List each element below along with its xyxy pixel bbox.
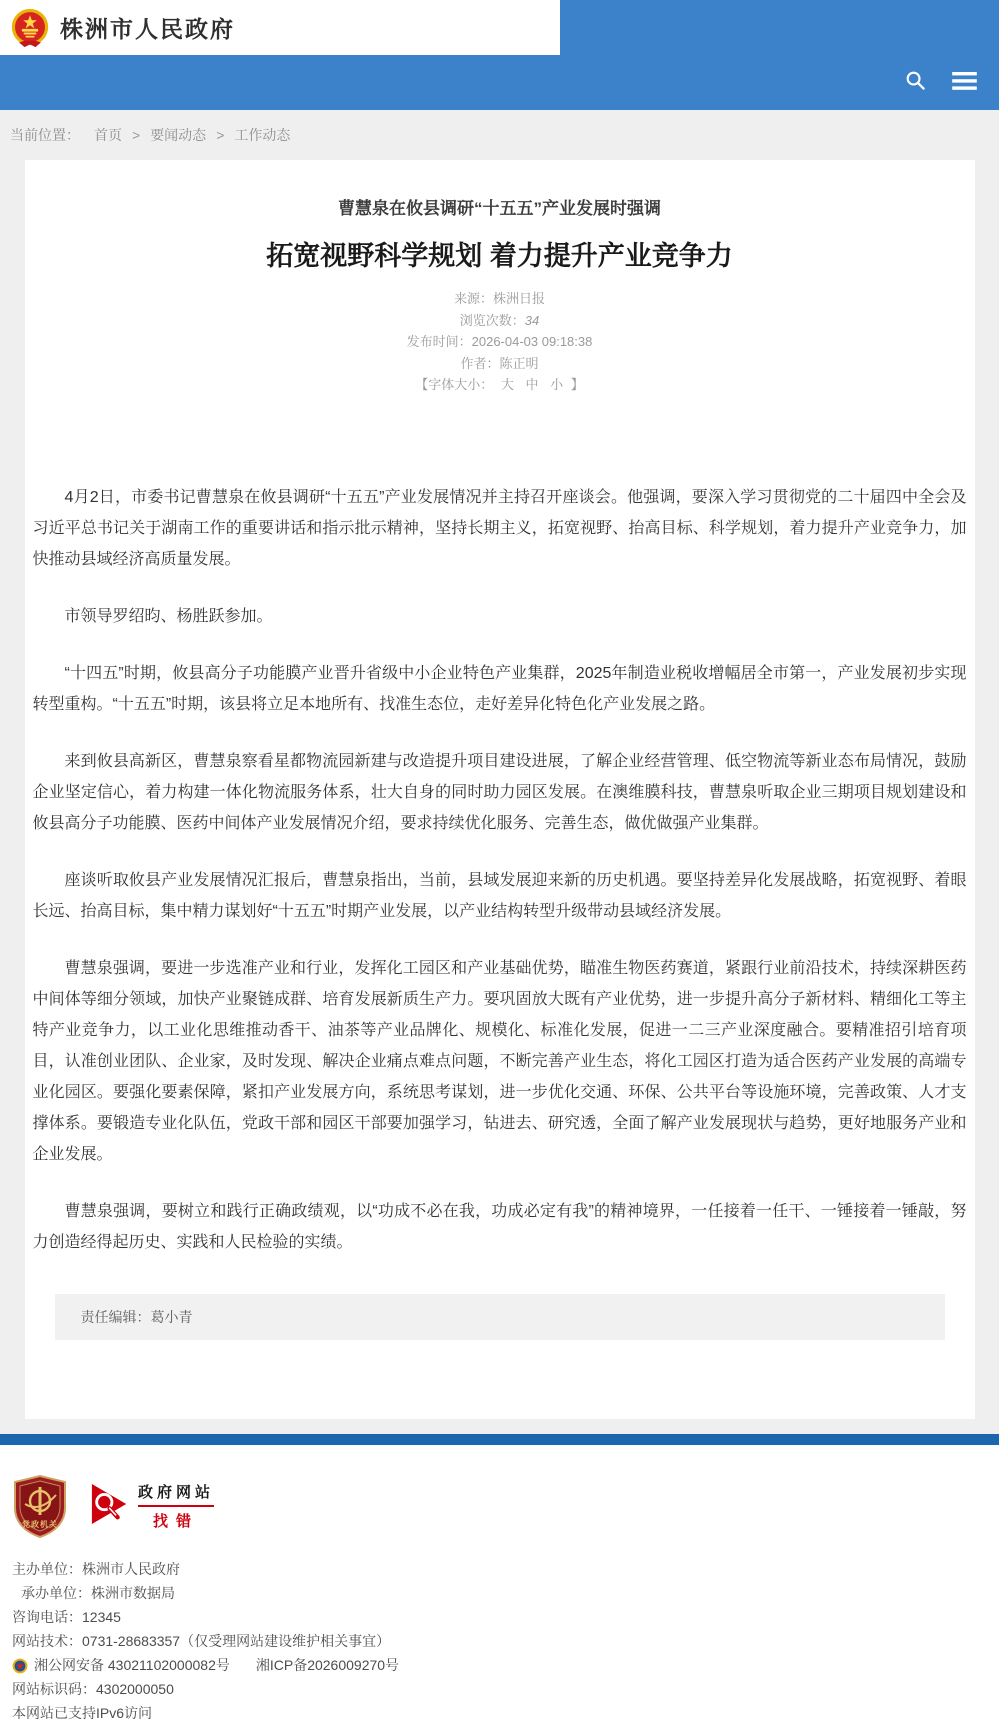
footer-lines: 主办单位：株洲市人民政府 承办单位：株洲市数据局 咨询电话：12345 网站技术… <box>12 1557 987 1725</box>
police-badge-icon <box>12 1657 28 1673</box>
header-icons <box>905 70 977 91</box>
breadcrumb-link-home[interactable]: 首页 <box>94 125 122 145</box>
site-header: 株洲市人民政府 <box>0 0 999 110</box>
paragraph: 曹慧泉强调，要树立和践行正确政绩观，以“功成不必在我，功成必定有我”的精神境界，… <box>33 1196 967 1258</box>
menu-icon[interactable] <box>952 72 977 90</box>
gov-site-error-line2: 找错 <box>153 1510 199 1531</box>
site-title: 株洲市人民政府 <box>60 11 235 44</box>
gov-site-error-line1: 政府网站 <box>138 1481 214 1507</box>
tech-value: 0731-28683357（仅受理网站建设维护相关事宜） <box>82 1629 390 1653</box>
bottom-divider-bar <box>0 1434 999 1445</box>
article-title: 拓宽视野科学规划 着力提升产业竞争力 <box>33 236 967 276</box>
meta-date: 发布时间：2026-04-03 09:18:38 <box>33 331 967 353</box>
font-size-medium-button[interactable]: 中 <box>525 377 538 392</box>
article-card: 曹慧泉在攸县调研“十五五”产业发展时强调 拓宽视野科学规划 着力提升产业竞争力 … <box>25 160 975 1419</box>
meta-views-value: 34 <box>525 313 539 328</box>
paragraph: 4月2日，市委书记曹慧泉在攸县调研“十五五”产业发展情况并主持召开座谈会。他强调… <box>33 482 967 575</box>
site-code-value: 4302000050 <box>96 1677 174 1701</box>
meta-date-label: 发布时间： <box>407 334 472 349</box>
organizer-label: 承办单位： <box>21 1581 91 1605</box>
gongan-record-link[interactable]: 湘公网安备 43021102000082号 <box>34 1653 230 1677</box>
organizer-value: 株洲市数据局 <box>91 1581 175 1605</box>
paragraph: 曹慧泉强调，要进一步选准产业和行业，发挥化工园区和产业基础优势，瞄准生物医药赛道… <box>33 953 967 1170</box>
phone-label: 咨询电话： <box>12 1605 82 1629</box>
meta-author: 作者：陈正明 <box>33 353 967 375</box>
dangzheng-badge-label: 党政机关 <box>12 1519 68 1530</box>
article-meta: 来源：株洲日报 浏览次数：34 发布时间：2026-04-03 09:18:38… <box>33 288 967 396</box>
font-size-large-button[interactable]: 大 <box>501 377 514 392</box>
icp-record-link[interactable]: 湘ICP备2026009270号 <box>256 1653 399 1677</box>
footer-badges: 党政机关 政府网站 找错 <box>12 1475 987 1541</box>
paragraph: 座谈听取攸县产业发展情况汇报后，曹慧泉指出，当前，县域发展迎来新的历史机遇。要坚… <box>33 865 967 927</box>
breadcrumb-separator: > <box>132 127 140 143</box>
site-footer: 党政机关 政府网站 找错 主办单位：株洲市人民政府 承办单位：株洲市数据局 <box>0 1445 999 1734</box>
national-emblem-icon <box>10 8 50 48</box>
footer-line-tech: 网站技术：0731-28683357（仅受理网站建设维护相关事宜） <box>12 1629 987 1653</box>
editor-box: 责任编辑：葛小青 <box>55 1294 945 1340</box>
search-icon[interactable] <box>905 70 926 91</box>
paragraph: 市领导罗绍昀、杨胜跃参加。 <box>33 601 967 632</box>
meta-date-value: 2026-04-03 09:18:38 <box>472 334 593 349</box>
meta-views-label: 浏览次数： <box>460 313 525 328</box>
gov-site-error-badge[interactable]: 政府网站 找错 <box>90 1481 214 1531</box>
site-code-label: 网站标识码： <box>12 1677 96 1701</box>
footer-line-phone: 咨询电话：12345 <box>12 1605 987 1629</box>
font-size-suffix: 】 <box>571 377 584 392</box>
footer-line-host: 主办单位：株洲市人民政府 <box>12 1557 987 1581</box>
logo-banner[interactable]: 株洲市人民政府 <box>0 0 560 55</box>
meta-source-value: 株洲日报 <box>493 291 545 306</box>
magnifier-flag-icon <box>90 1482 130 1531</box>
paragraph: 来到攸县高新区，曹慧泉察看星都物流园新建与改造提升项目建设进展，了解企业经营管理… <box>33 746 967 839</box>
meta-source: 来源：株洲日报 <box>33 288 967 310</box>
footer-line-records: 湘公网安备 43021102000082号 湘ICP备2026009270号 <box>12 1653 987 1677</box>
host-value: 株洲市人民政府 <box>82 1557 180 1581</box>
tech-label: 网站技术： <box>12 1629 82 1653</box>
breadcrumb-separator: > <box>216 127 224 143</box>
font-size-small-button[interactable]: 小 <box>550 377 563 392</box>
ipv6-note: 本网站已支持IPv6访问 <box>12 1701 152 1725</box>
phone-value: 12345 <box>82 1605 121 1629</box>
gov-site-error-text: 政府网站 找错 <box>138 1481 214 1531</box>
meta-author-label: 作者： <box>460 356 499 371</box>
editor-text: 责任编辑：葛小青 <box>81 1307 193 1327</box>
footer-line-ipv6: 本网站已支持IPv6访问 <box>12 1701 987 1725</box>
breadcrumb: 当前位置： 首页 > 要闻动态 > 工作动态 <box>0 110 999 160</box>
paragraph: “十四五”时期，攸县高分子功能膜产业晋升省级中小企业特色产业集群，2025年制造… <box>33 658 967 720</box>
font-size-prefix: 【字体大小： <box>415 377 493 392</box>
footer-line-site-code: 网站标识码：4302000050 <box>12 1677 987 1701</box>
breadcrumb-link-news[interactable]: 要闻动态 <box>150 125 206 145</box>
meta-author-value: 陈正明 <box>500 356 539 371</box>
article-body: 4月2日，市委书记曹慧泉在攸县调研“十五五”产业发展情况并主持召开座谈会。他强调… <box>33 482 967 1258</box>
breadcrumb-link-work[interactable]: 工作动态 <box>234 125 290 145</box>
dangzheng-badge[interactable]: 党政机关 <box>12 1475 68 1538</box>
footer-line-organizer: 承办单位：株洲市数据局 <box>12 1581 987 1605</box>
host-label: 主办单位： <box>12 1557 82 1581</box>
meta-source-label: 来源： <box>454 291 493 306</box>
font-size-control: 【字体大小： 大 中 小 】 <box>33 374 967 396</box>
meta-views: 浏览次数：34 <box>33 310 967 332</box>
article-subtitle: 曹慧泉在攸县调研“十五五”产业发展时强调 <box>33 196 967 222</box>
breadcrumb-label: 当前位置： <box>10 125 80 145</box>
